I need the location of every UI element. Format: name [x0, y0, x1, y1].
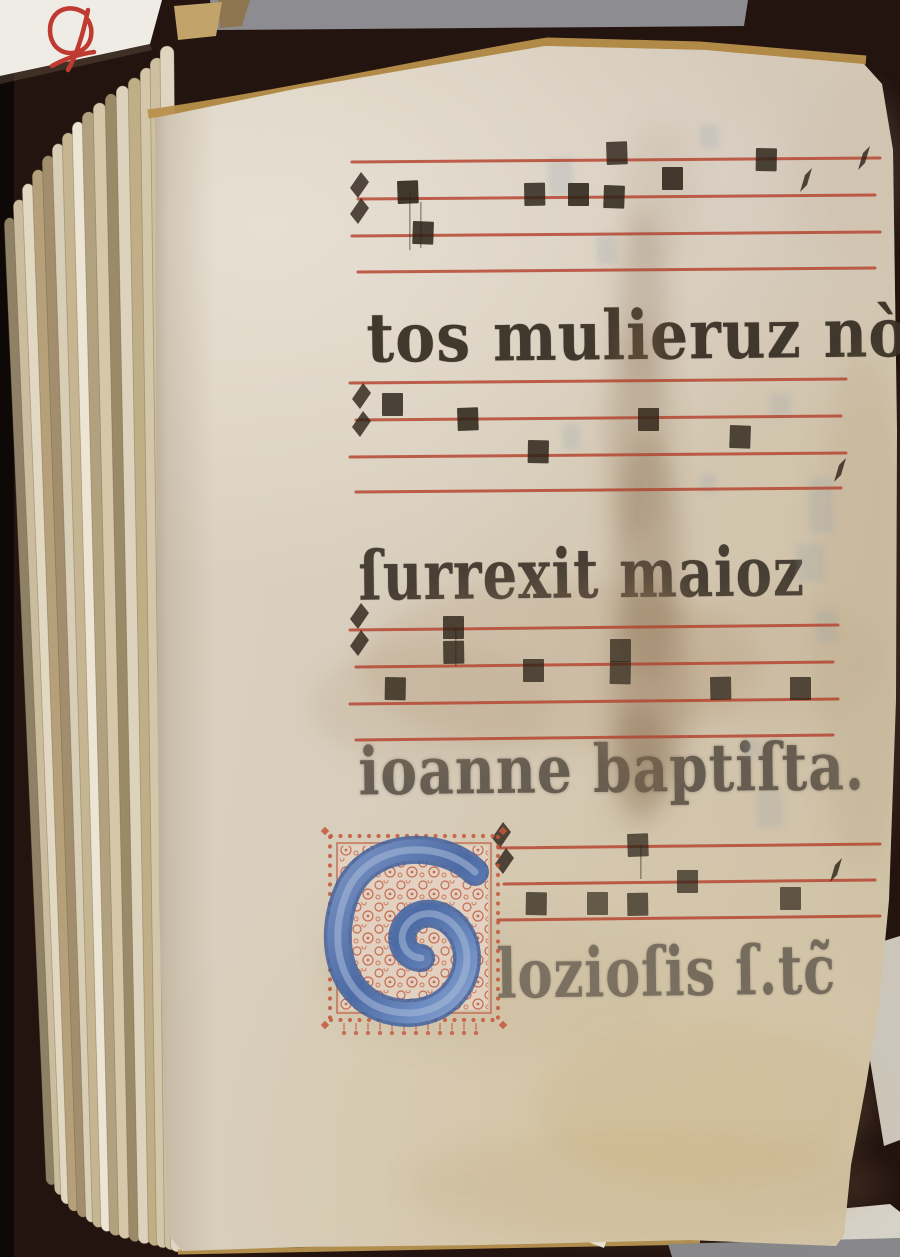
back-leaf-corner	[174, 2, 222, 40]
back-leaf-corner	[218, 0, 250, 28]
table-slab	[210, 0, 748, 30]
leaf-edge	[42, 156, 89, 1218]
leaf-edge	[72, 122, 113, 1232]
left-edge-shadow	[0, 0, 14, 1257]
leaf-edge	[93, 103, 132, 1239]
leaf-edge	[116, 86, 151, 1244]
leaf-edge	[22, 184, 73, 1205]
leaf-edge	[32, 170, 80, 1212]
shelf-label	[0, 0, 162, 84]
leaf-edge	[13, 199, 67, 1195]
leaf-edge	[4, 218, 57, 1186]
parchment-page	[0, 0, 900, 1257]
leaf-edge	[105, 94, 141, 1242]
leaf-edge	[52, 144, 98, 1223]
slip-mark-icon	[50, 8, 94, 70]
leaf-edge	[82, 112, 122, 1236]
leaf-edge	[62, 133, 105, 1228]
manuscript-photo: tos mulieruz nò ſurrexit maioz ioanne ba…	[0, 0, 900, 1257]
